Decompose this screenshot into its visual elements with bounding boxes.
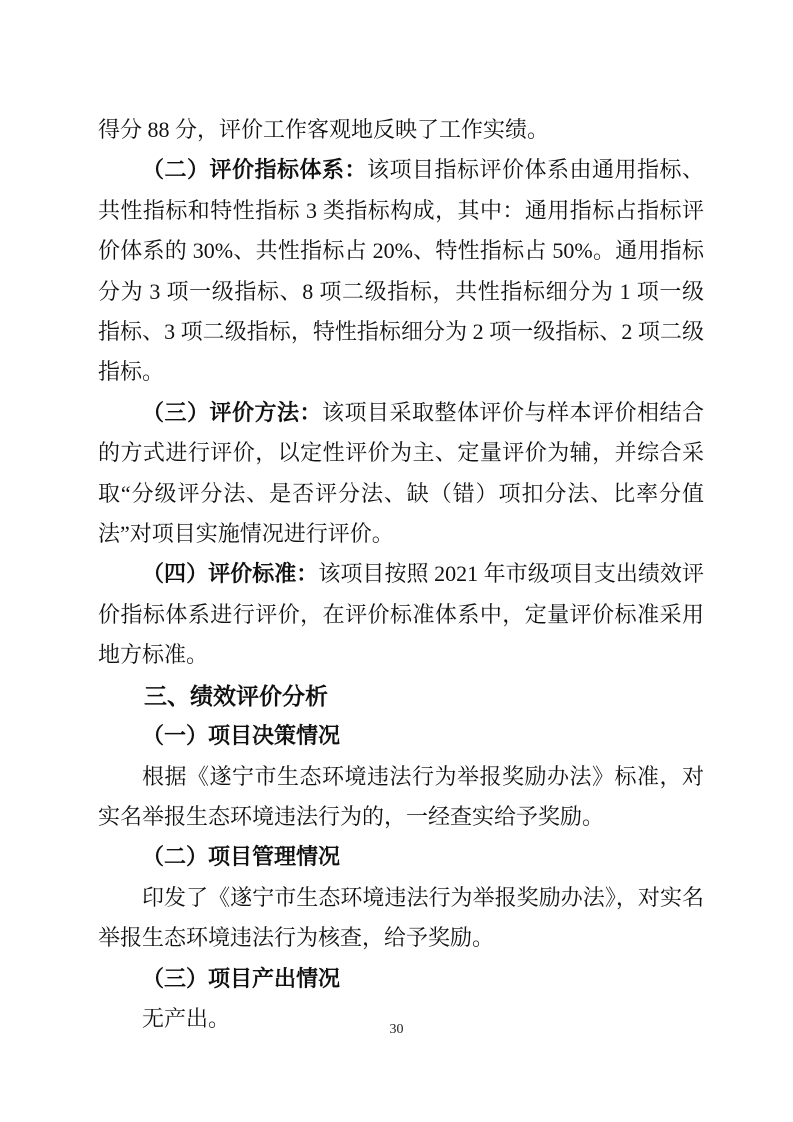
paragraph-text: （二）项目管理情况	[142, 844, 340, 869]
paragraph-lead: （三）评价方法：	[142, 400, 322, 425]
paragraph-text: 三、绩效评价分析	[144, 683, 328, 709]
page-number: 30	[390, 1022, 404, 1037]
paragraph: 得分 88 分，评价工作客观地反映了工作实绩。	[98, 110, 704, 150]
paragraph: 印发了《遂宁市生态环境违法行为举报奖励办法》，对实名举报生态环境违法行为核查，给…	[98, 878, 704, 959]
subsection-heading: （二）项目管理情况	[98, 837, 704, 877]
paragraph-text: 根据《遂宁市生态环境违法行为举报奖励办法》标准，对实名举报生态环境违法行为的，一…	[98, 764, 704, 829]
document-body: 得分 88 分，评价工作客观地反映了工作实绩。 （二）评价指标体系：该项目指标评…	[98, 110, 704, 1039]
paragraph-text: 得分 88 分，评价工作客观地反映了工作实绩。	[98, 117, 549, 142]
subsection-heading: （三）项目产出情况	[98, 959, 704, 999]
document-page: 得分 88 分，评价工作客观地反映了工作实绩。 （二）评价指标体系：该项目指标评…	[0, 0, 793, 1122]
paragraph-lead: （四）评价标准：	[142, 561, 318, 586]
paragraph-text: （一）项目决策情况	[142, 723, 340, 748]
paragraph: （三）评价方法：该项目采取整体评价与样本评价相结合的方式进行评价，以定性评价为主…	[98, 393, 704, 555]
subsection-heading: （一）项目决策情况	[98, 716, 704, 756]
paragraph: （二）评价指标体系：该项目指标评价体系由通用指标、共性指标和特性指标 3 类指标…	[98, 150, 704, 392]
paragraph: 根据《遂宁市生态环境违法行为举报奖励办法》标准，对实名举报生态环境违法行为的，一…	[98, 757, 704, 838]
paragraph-text: 印发了《遂宁市生态环境违法行为举报奖励办法》，对实名举报生态环境违法行为核查，给…	[98, 885, 704, 950]
page-footer: 30	[0, 1021, 793, 1039]
paragraph-text: 该项目指标评价体系由通用指标、共性指标和特性指标 3 类指标构成，其中：通用指标…	[98, 157, 704, 384]
paragraph-text: （三）项目产出情况	[142, 966, 340, 991]
paragraph: （四）评价标准：该项目按照 2021 年市级项目支出绩效评价指标体系进行评价，在…	[98, 554, 704, 675]
section-heading: 三、绩效评价分析	[98, 676, 704, 716]
paragraph-lead: （二）评价指标体系：	[142, 157, 367, 182]
